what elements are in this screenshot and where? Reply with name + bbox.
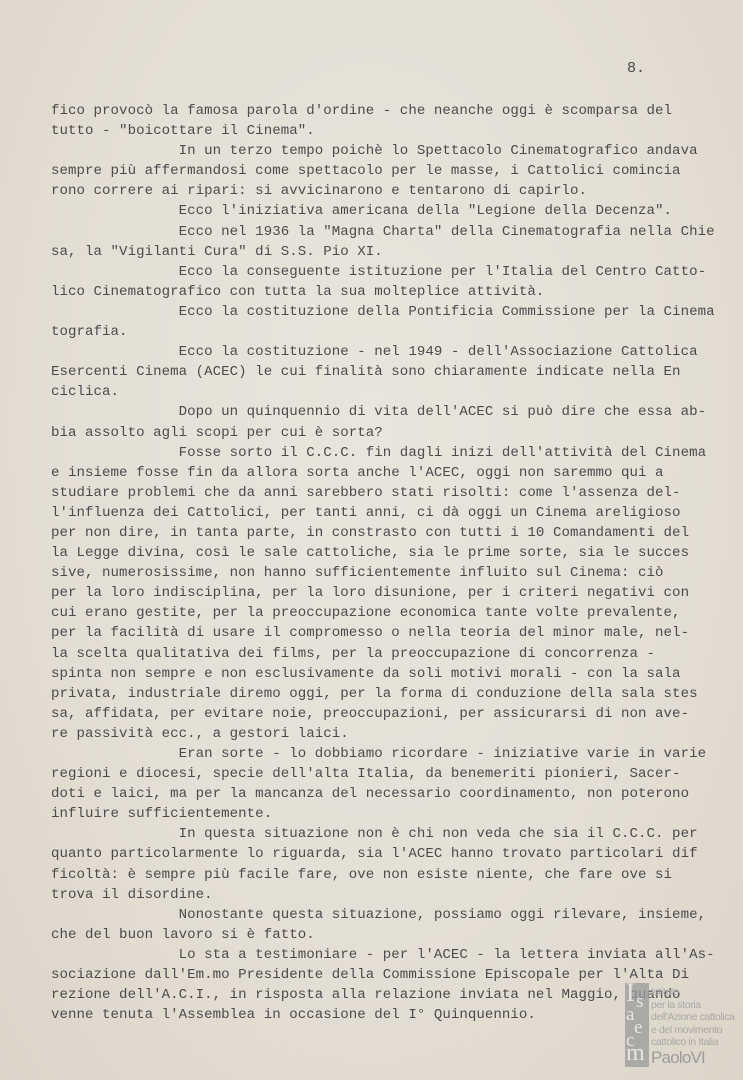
text-line: Ecco la conseguente istituzione per l'It…	[51, 262, 731, 282]
text-line: per la loro indisciplina, per la loro di…	[51, 583, 731, 603]
document-page: 8. fico provocò la famosa parola d'ordin…	[0, 0, 743, 1080]
text-line: quanto particolarmente lo riguarda, sia …	[51, 844, 731, 864]
text-line: Eran sorte - lo dobbiamo ricordare - ini…	[51, 744, 731, 764]
text-line: In questa situazione non è chi non veda …	[51, 824, 731, 844]
archive-watermark-logo: I s a e c m Istituto per la storia dell'…	[625, 983, 743, 1067]
text-line: Ecco la costituzione - nel 1949 - dell'A…	[51, 342, 731, 362]
text-line: sempre più affermandosi come spettacolo …	[51, 161, 731, 181]
text-line: tutto - "boicottare il Cinema".	[51, 121, 731, 141]
text-line: trova il disordine.	[51, 885, 731, 905]
text-line: Ecco la costituzione della Pontificia Co…	[51, 302, 731, 322]
text-line: regioni e diocesi, specie dell'alta Ital…	[51, 764, 731, 784]
text-line: la Legge divina, così le sale cattoliche…	[51, 543, 731, 563]
text-line: Fosse sorto il C.C.C. fin dagli inizi de…	[51, 443, 731, 463]
text-line: Esercenti Cinema (ACEC) le cui finalità …	[51, 362, 731, 382]
text-line: l'influenza dei Cattolici, per tanti ann…	[51, 503, 731, 523]
watermark-line: dell'Azione cattolica	[651, 1011, 735, 1024]
text-line: Ecco l'iniziativa americana della "Legio…	[51, 201, 731, 221]
text-line: Lo sta a testimoniare - per l'ACEC - la …	[51, 945, 731, 965]
watermark-institute-name: Istituto per la storia dell'Azione catto…	[651, 986, 735, 1067]
watermark-paolo-vi: PaoloVI	[651, 1049, 735, 1067]
text-line: per la facilità di usare il compromesso …	[51, 623, 731, 643]
text-line: bia assolto agli scopi per cui è sorta?	[51, 423, 731, 443]
text-line: fico provocò la famosa parola d'ordine -…	[51, 101, 731, 121]
text-line: sive, numerosissime, non hanno sufficien…	[51, 563, 731, 583]
text-line: per non dire, in tanta parte, in constra…	[51, 523, 731, 543]
text-line: ficoltà: è sempre più facile fare, ove n…	[51, 865, 731, 885]
text-line: sa, affidata, per evitare noie, preoccup…	[51, 704, 731, 724]
text-line: ciclica.	[51, 382, 731, 402]
text-line: tografia.	[51, 322, 731, 342]
text-line: spinta non sempre e non esclusivamente d…	[51, 664, 731, 684]
text-line: la scelta qualitativa dei films, per la …	[51, 644, 731, 664]
text-line: sa, la "Vigilanti Cura" di S.S. Pio XI.	[51, 242, 731, 262]
typewritten-text: fico provocò la famosa parola d'ordine -…	[51, 101, 731, 1025]
text-line: In un terzo tempo poichè lo Spettacolo C…	[51, 141, 731, 161]
text-line: doti e laici, ma per la mancanza del nec…	[51, 784, 731, 804]
text-line: studiare problemi che da anni sarebbero …	[51, 483, 731, 503]
text-line: Nonostante questa situazione, possiamo o…	[51, 905, 731, 925]
text-line: Ecco nel 1936 la "Magna Charta" della Ci…	[51, 222, 731, 242]
text-line: privata, industriale diremo oggi, per la…	[51, 684, 731, 704]
watermark-line: per la storia	[651, 999, 735, 1012]
page-number: 8.	[627, 60, 645, 77]
watermark-line: Istituto	[651, 986, 735, 999]
text-line: rono correre ai ripari: si avvicinarono …	[51, 181, 731, 201]
text-line: Dopo un quinquennio di vita dell'ACEC si…	[51, 402, 731, 422]
text-line: lico Cinematografico con tutta la sua mo…	[51, 282, 731, 302]
text-line: re passività ecc., a gestori laici.	[51, 724, 731, 744]
text-line: cui erano gestite, per la preoccupazione…	[51, 603, 731, 623]
watermark-line: e del movimento	[651, 1024, 735, 1037]
text-line: influire sufficientemente.	[51, 804, 731, 824]
text-line: e insieme fosse fin da allora sorta anch…	[51, 463, 731, 483]
text-line: che del buon lavoro si è fatto.	[51, 925, 731, 945]
